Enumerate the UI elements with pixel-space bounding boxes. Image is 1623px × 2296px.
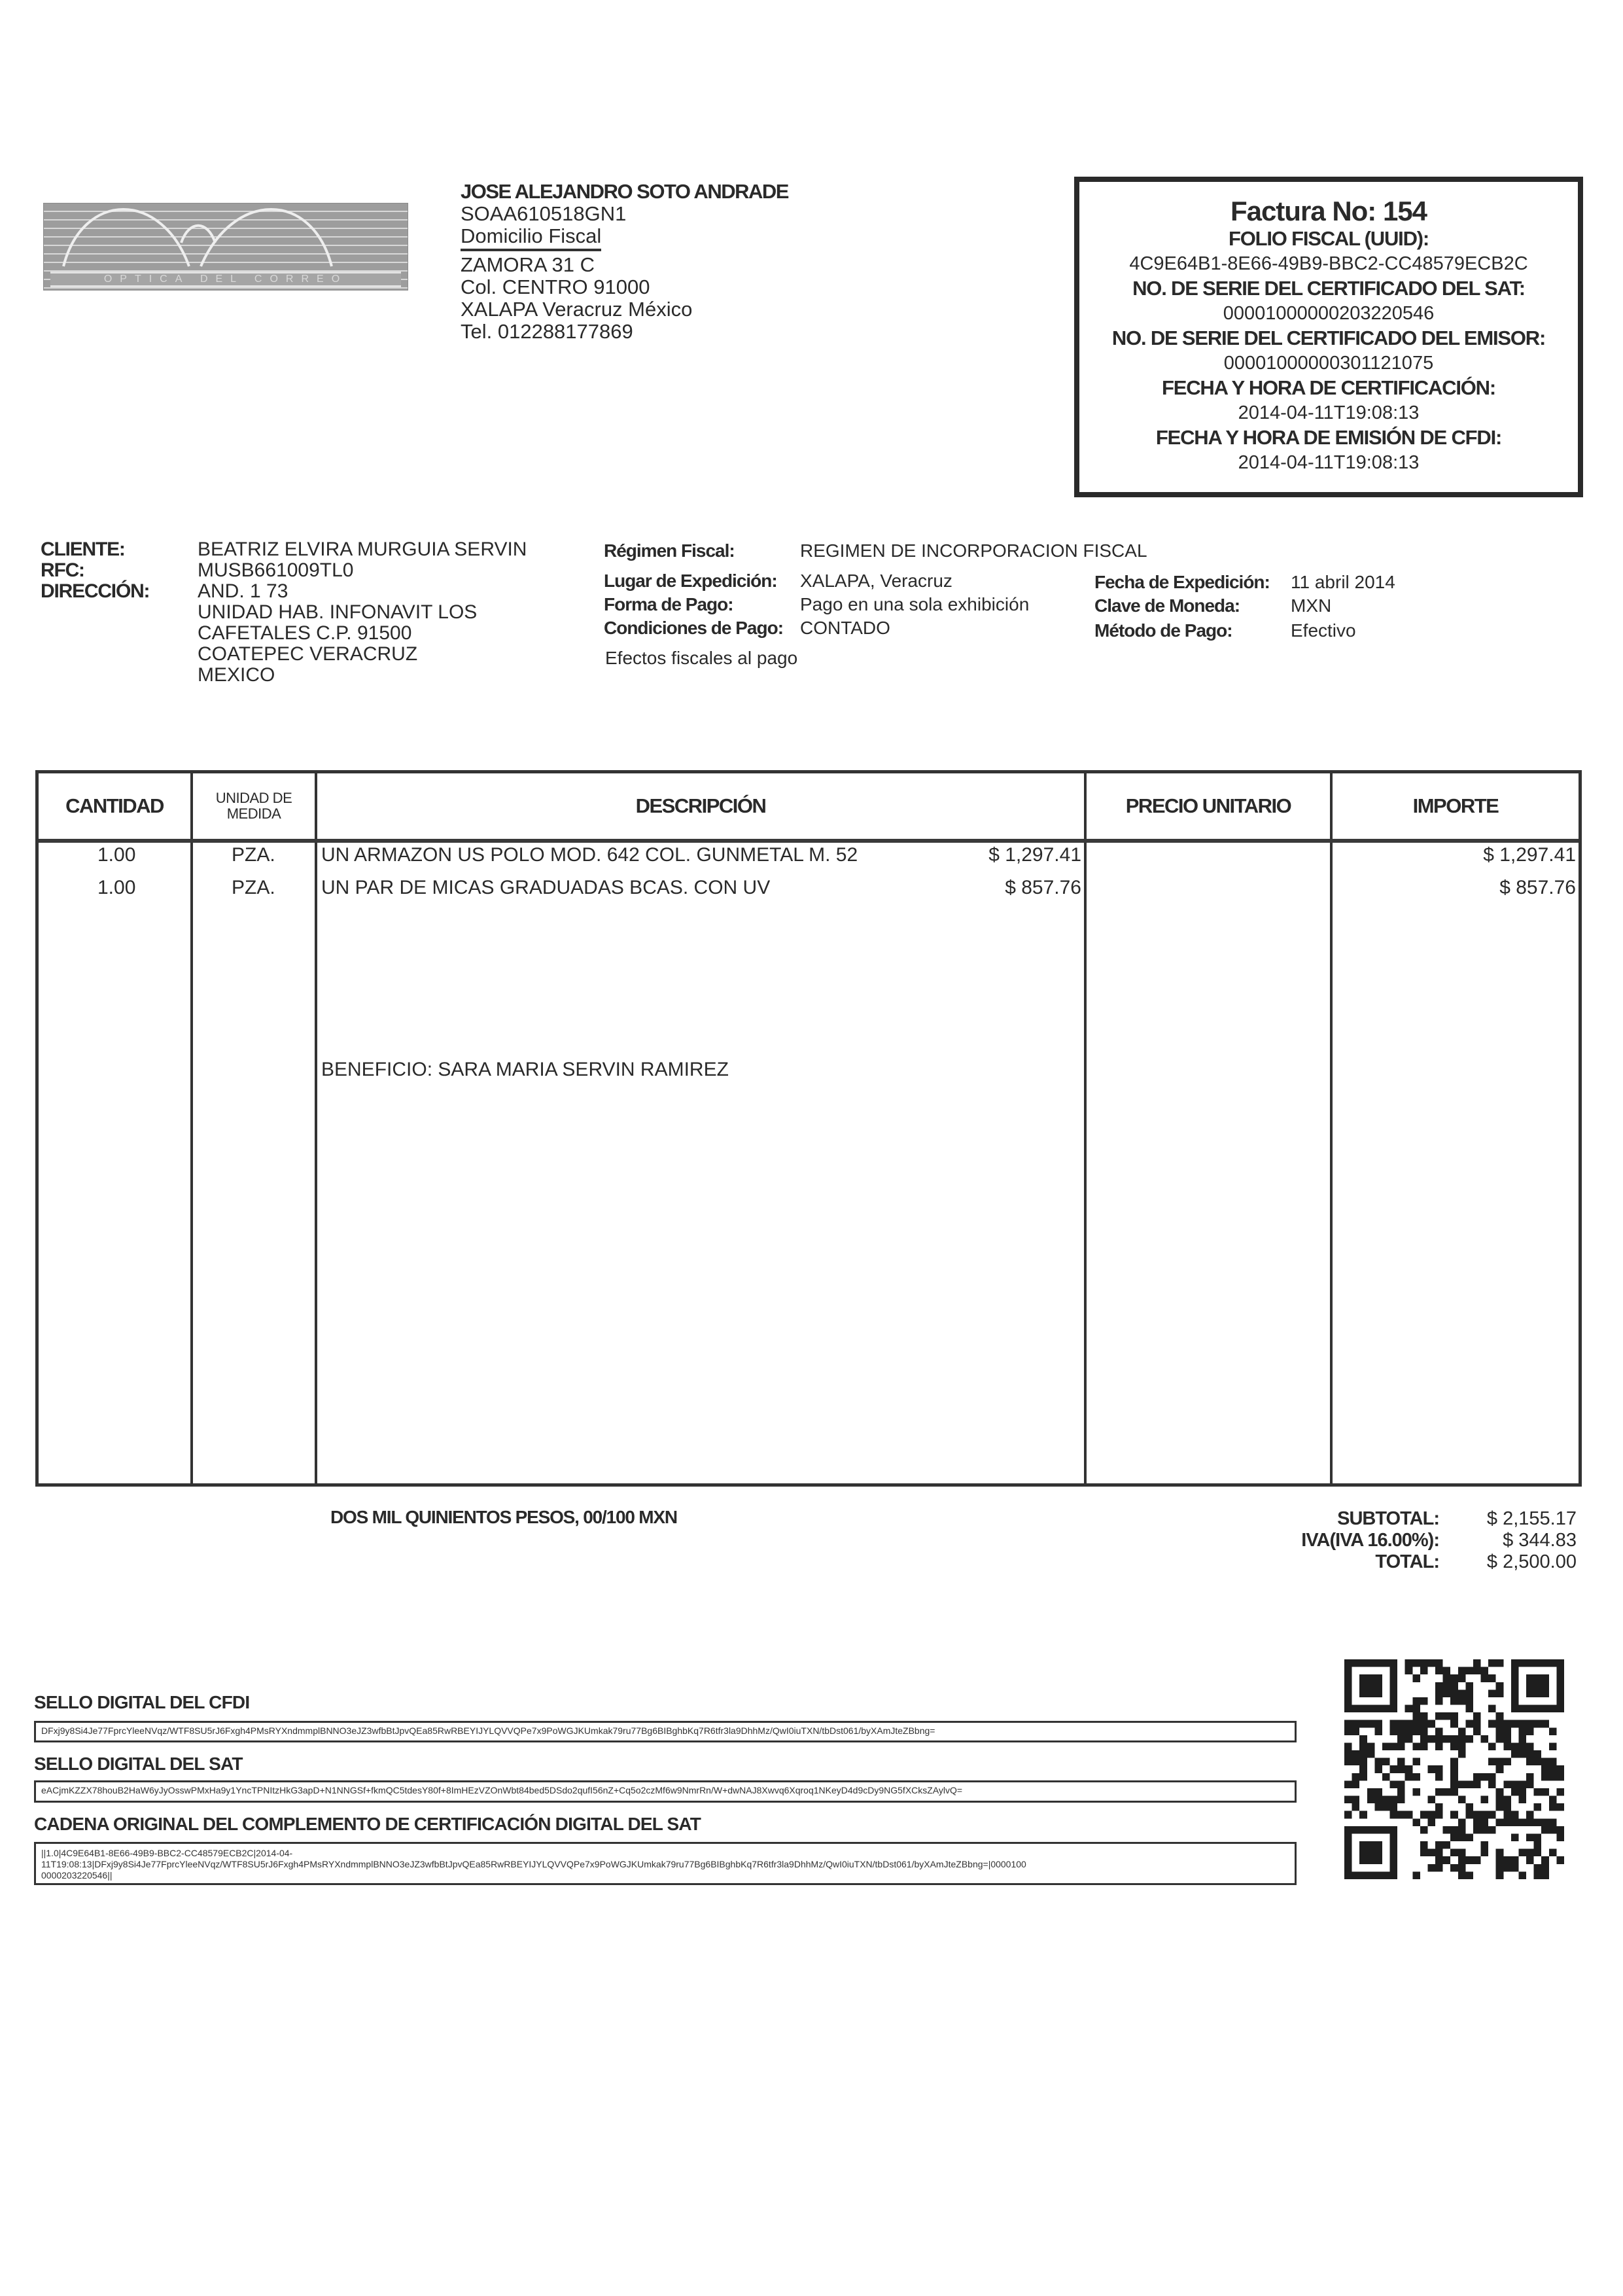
client-address-line: CAFETALES C.P. 91500	[198, 623, 527, 644]
cell-unidad: PZA.	[232, 877, 275, 899]
emitter-name: JOSE ALEJANDRO SOTO ANDRADE	[461, 181, 788, 203]
header-unidad-line2: MEDIDA	[227, 806, 281, 822]
emitter-colonia: Col. CENTRO 91000	[461, 276, 788, 298]
client-address-line: COATEPEC VERACRUZ	[198, 644, 527, 665]
client-rfc: MUSB661009TL0	[198, 560, 527, 581]
table-row: 1.00 PZA. UN PAR DE MICAS GRADUADAS BCAS…	[39, 877, 1579, 910]
client-name: BEATRIZ ELVIRA MURGUIA SERVIN	[198, 539, 527, 560]
cert-date-value: 2014-04-11T19:08:13	[1079, 400, 1578, 425]
emisor-cert-label: NO. DE SERIE DEL CERTIFICADO DEL EMISOR:	[1079, 326, 1578, 351]
cadena-line: 11T19:08:13|DFxj9y8Si4Je77FprcYleeNVqz/W…	[41, 1859, 1289, 1870]
moneda-value: MXN	[1291, 595, 1331, 616]
header-precio: PRECIO UNITARIO	[1087, 773, 1330, 839]
forma-value: Pago en una sola exhibición	[800, 594, 1029, 614]
client-address-line: UNIDAD HAB. INFONAVIT LOS	[198, 602, 527, 623]
regimen-value: REGIMEN DE INCORPORACION FISCAL	[800, 540, 1147, 561]
total-label: TOTAL:	[1375, 1551, 1439, 1573]
metodo-value: Efectivo	[1291, 620, 1356, 641]
cadena-original-box: ||1.0|4C9E64B1-8E66-49B9-BBC2-CC48579ECB…	[34, 1842, 1297, 1885]
concepts-table: CANTIDAD UNIDAD DE MEDIDA DESCRIPCIÓN PR…	[35, 770, 1582, 1487]
emission-date-value: 2014-04-11T19:08:13	[1079, 450, 1578, 475]
forma-label: Forma de Pago:	[604, 594, 733, 614]
domicilio-fiscal-label: Domicilio Fiscal	[461, 225, 601, 251]
amount-in-words: DOS MIL QUINIENTOS PESOS, 00/100 MXN	[330, 1507, 677, 1528]
invoice-number: Factura No: 154	[1079, 196, 1578, 226]
emisor-cert-value: 00001000000301121075	[1079, 351, 1578, 376]
header-descripcion: DESCRIPCIÓN	[317, 773, 1084, 839]
iva-label: IVA(IVA 16.00%):	[1301, 1530, 1439, 1551]
logo-brand-text: OPTICA DEL CORREO	[50, 272, 401, 287]
emitter-rfc: SOAA610518GN1	[461, 203, 788, 225]
sello-sat-box: eACjmKZZX78houB2HaW6yJyOsswPMxHa9y1YncTP…	[34, 1780, 1297, 1803]
cadena-original-title: CADENA ORIGINAL DEL COMPLEMENTO DE CERTI…	[34, 1814, 701, 1835]
metodo-label: Método de Pago:	[1094, 620, 1232, 641]
cell-precio: $ 857.76	[1005, 877, 1081, 899]
total-value: $ 2,500.00	[1487, 1551, 1577, 1573]
header-unidad-line1: UNIDAD DE	[216, 790, 292, 806]
lugar-label: Lugar de Expedición:	[604, 571, 777, 591]
cell-precio: $ 1,297.41	[988, 844, 1081, 866]
client-address-line: MEXICO	[198, 665, 527, 686]
iva-value: $ 344.83	[1503, 1530, 1577, 1551]
subtotal-label: SUBTOTAL:	[1337, 1508, 1439, 1530]
qr-code-icon	[1342, 1659, 1566, 1879]
cadena-line: ||1.0|4C9E64B1-8E66-49B9-BBC2-CC48579ECB…	[41, 1848, 1289, 1859]
client-labels: CLIENTE: RFC: DIRECCIÓN:	[41, 539, 149, 602]
emitter-city: XALAPA Veracruz México	[461, 298, 788, 321]
emitter-info: JOSE ALEJANDRO SOTO ANDRADE SOAA610518GN…	[461, 181, 788, 343]
cell-cantidad: 1.00	[97, 844, 135, 866]
efectos-fiscales: Efectos fiscales al pago	[605, 648, 797, 668]
cell-unidad: PZA.	[232, 844, 275, 866]
cell-descripcion: UN PAR DE MICAS GRADUADAS BCAS. CON UV	[321, 877, 770, 899]
moneda-label: Clave de Moneda:	[1094, 595, 1240, 616]
condiciones-value: CONTADO	[800, 618, 890, 638]
sello-cfdi-box: DFxj9y8Si4Je77FprcYleeNVqz/WTF8SU5rJ6Fxg…	[34, 1721, 1297, 1742]
rfc-label: RFC:	[41, 560, 149, 581]
sello-cfdi-title: SELLO DIGITAL DEL CFDI	[34, 1692, 249, 1713]
sello-sat-title: SELLO DIGITAL DEL SAT	[34, 1754, 243, 1775]
table-header: CANTIDAD UNIDAD DE MEDIDA DESCRIPCIÓN PR…	[39, 773, 1579, 843]
uuid-label: FOLIO FISCAL (UUID):	[1079, 226, 1578, 251]
regimen-label: Régimen Fiscal:	[604, 540, 735, 561]
arches-logo-icon	[44, 203, 408, 272]
totals-block: SUBTOTAL:$ 2,155.17 IVA(IVA 16.00%):$ 34…	[1230, 1508, 1577, 1573]
lugar-value: XALAPA, Veracruz	[800, 571, 952, 591]
emission-date-label: FECHA Y HORA DE EMISIÓN DE CFDI:	[1079, 425, 1578, 450]
cliente-label: CLIENTE:	[41, 539, 149, 560]
sat-cert-value: 00001000000203220546	[1079, 301, 1578, 326]
fecha-label: Fecha de Expedición:	[1094, 572, 1270, 592]
cell-cantidad: 1.00	[97, 877, 135, 899]
cadena-line: 0000203220546||	[41, 1870, 1289, 1881]
condiciones-label: Condiciones de Pago:	[604, 618, 783, 638]
uuid-value: 4C9E64B1-8E66-49B9-BBC2-CC48579ECB2C	[1079, 251, 1578, 276]
cell-importe: $ 1,297.41	[1483, 844, 1576, 866]
header-importe: IMPORTE	[1333, 773, 1579, 839]
header-cantidad: CANTIDAD	[39, 773, 190, 839]
fecha-value: 11 abril 2014	[1291, 572, 1395, 592]
cell-descripcion: UN ARMAZON US POLO MOD. 642 COL. GUNMETA…	[321, 844, 858, 866]
direccion-label: DIRECCIÓN:	[41, 581, 149, 602]
client-address-line: AND. 1 73	[198, 581, 527, 602]
sello-cfdi-value: DFxj9y8Si4Je77FprcYleeNVqz/WTF8SU5rJ6Fxg…	[41, 1725, 935, 1736]
header-unidad: UNIDAD DE MEDIDA	[193, 773, 315, 839]
sat-cert-label: NO. DE SERIE DEL CERTIFICADO DEL SAT:	[1079, 276, 1578, 301]
table-row: 1.00 PZA. UN ARMAZON US POLO MOD. 642 CO…	[39, 844, 1579, 877]
cell-importe: $ 857.76	[1499, 877, 1576, 899]
company-logo: OPTICA DEL CORREO	[43, 203, 408, 291]
cert-date-label: FECHA Y HORA DE CERTIFICACIÓN:	[1079, 376, 1578, 400]
table-note-row: BENEFICIO: SARA MARIA SERVIN RAMIREZ	[39, 1059, 1579, 1091]
beneficio-note: BENEFICIO: SARA MARIA SERVIN RAMIREZ	[321, 1059, 729, 1081]
emitter-phone: Tel. 012288177869	[461, 321, 788, 343]
emitter-street: ZAMORA 31 C	[461, 254, 788, 276]
subtotal-value: $ 2,155.17	[1487, 1508, 1577, 1530]
client-values: BEATRIZ ELVIRA MURGUIA SERVIN MUSB661009…	[198, 539, 527, 686]
sello-sat-value: eACjmKZZX78houB2HaW6yJyOsswPMxHa9y1YncTP…	[41, 1785, 962, 1795]
invoice-certificate-box: Factura No: 154 FOLIO FISCAL (UUID): 4C9…	[1074, 177, 1583, 497]
